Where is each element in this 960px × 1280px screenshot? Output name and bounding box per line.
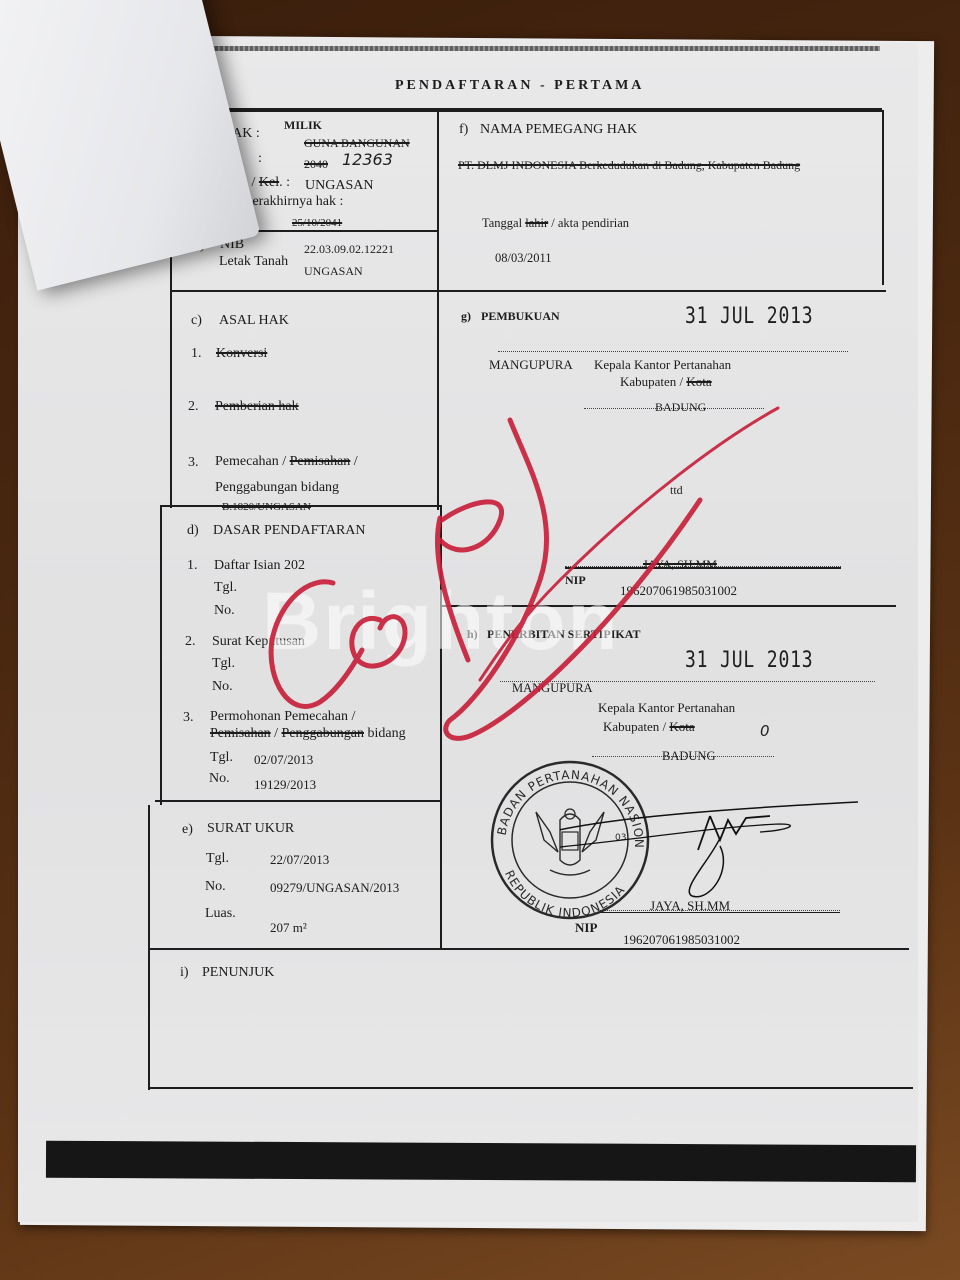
table-top-border <box>170 108 882 112</box>
section-c-title: ASAL HAK <box>219 313 289 329</box>
row-divider-d-e <box>155 800 441 802</box>
section-g-label: g) <box>461 309 471 324</box>
section-i-title: PENUNJUK <box>202 965 274 981</box>
asal-item-3-line2: Penggabungan bidang <box>215 480 339 496</box>
holder-date-value: 08/03/2011 <box>495 251 551 266</box>
dasar-item-3-num: 3. <box>183 710 194 726</box>
pembukuan-region: BADUNG <box>655 400 706 415</box>
location-value: UNGASAN <box>304 264 363 279</box>
section-h-title: PENERBITAN SERTIPIKAT <box>487 627 641 642</box>
section-e-label: e) <box>182 822 193 838</box>
dasar-item-2-num: 2. <box>185 634 196 650</box>
document-title: PENDAFTARAN - PERTAMA <box>395 78 644 94</box>
section-f-label: f) <box>459 122 468 138</box>
pembukuan-nip: 196207061985031002 <box>620 583 737 599</box>
surat-ukur-tgl-value: 22/07/2013 <box>270 852 329 868</box>
bottom-black-bar <box>46 1141 916 1183</box>
no-colon: : <box>258 151 262 167</box>
section-g-title: PEMBUKUAN <box>481 309 560 324</box>
pembukuan-ttd: ttd <box>670 483 683 498</box>
dasar-item-2-no-label: No. <box>212 679 233 695</box>
dasar-item-3-tgl-value: 02/07/2013 <box>254 752 313 768</box>
penerbitan-stamp-date: 31 JUL 2013 <box>685 648 813 673</box>
row-divider-b-c <box>171 290 886 292</box>
dasar-item-3-no-label: No. <box>209 771 230 787</box>
table-bottom-border <box>148 1087 913 1089</box>
hak-value: MILIK <box>284 118 322 133</box>
penerbitan-place: MANGUPURA <box>512 681 593 696</box>
penerbitan-nip: 196207061985031002 <box>623 932 740 948</box>
asal-item-1-text: Konversi <box>216 346 267 362</box>
asal-item-3-num: 3. <box>188 455 199 471</box>
column-divider-lower <box>440 505 442 950</box>
asal-item-3-text: Pemecahan / Pemisahan / <box>215 454 358 470</box>
dasar-item-1-tgl-label: Tgl. <box>214 580 237 596</box>
desa-value: UNGASAN <box>305 178 373 194</box>
expiry-struck-value: 25/10/2041 <box>292 217 342 229</box>
section-e-title: SURAT UKUR <box>207 821 294 837</box>
section-d-title: DASAR PENDAFTARAN <box>213 523 366 539</box>
pembukuan-place: MANGUPURA <box>489 357 573 373</box>
margin-handwritten-mark: 0 <box>760 722 770 740</box>
dasar-item-2-title: Surat Keputusan <box>212 634 305 650</box>
asal-item-2-num: 2. <box>188 399 199 415</box>
column-divider <box>437 110 439 510</box>
dasar-item-3-title: Permohonan Pemecahan / <box>210 709 355 725</box>
pembukuan-office-line1: Kepala Kantor Pertanahan <box>594 357 731 373</box>
pembukuan-office-line2: Kabupaten / Kota <box>620 374 712 390</box>
dasar-item-2-tgl-label: Tgl. <box>212 656 235 672</box>
row-divider-g-h <box>441 605 896 607</box>
no-struck-value: 2040 <box>304 157 328 172</box>
section-c-label: c) <box>191 313 202 329</box>
surat-ukur-tgl-label: Tgl. <box>206 851 229 867</box>
nib-value: 22.03.09.02.12221 <box>304 242 394 257</box>
dasar-item-1-title: Daftar Isian 202 <box>214 558 305 574</box>
asal-item-2-text: Pemberian hak <box>215 399 299 415</box>
asal-item-1-num: 1. <box>191 346 202 362</box>
luas-value: 207 m² <box>270 920 307 936</box>
hak-struck-value: GUNA BANGUNAN <box>304 136 410 151</box>
dotted-line <box>498 351 848 352</box>
pembukuan-nip-label: NIP <box>565 573 586 588</box>
penerbitan-nip-label: NIP <box>575 920 597 936</box>
pembukuan-official-name: JAYA, SH.MM <box>643 557 717 572</box>
section-h-label: h) <box>467 627 478 642</box>
dasar-item-1-num: 1. <box>187 558 198 574</box>
holder-struck-name: PT. DLMJ INDONESIA Berkedudukan di Badun… <box>458 158 882 173</box>
location-label: Letak Tanah <box>219 254 288 270</box>
pembukuan-stamp-date: 31 JUL 2013 <box>685 304 813 329</box>
table-left-border-lower <box>160 505 162 805</box>
no-handwritten-value: 12363 <box>342 150 393 169</box>
surat-ukur-no-value: 09279/UNGASAN/2013 <box>270 880 399 896</box>
row-divider-e-i <box>149 948 909 950</box>
penerbitan-office-line2: Kabupaten / Kota <box>603 719 695 735</box>
table-right-border <box>882 110 884 285</box>
section-d-label: d) <box>187 523 199 539</box>
official-signature <box>560 790 880 910</box>
dasar-item-3-title2: Pemisahan / Penggabungan bidang <box>210 726 406 742</box>
dasar-item-3-no-value: 19129/2013 <box>254 777 316 793</box>
dasar-item-1-no-label: No. <box>214 603 235 619</box>
holder-date-label: Tanggal lahir / akta pendirian <box>482 216 629 231</box>
section-f-title: NAMA PEMEGANG HAK <box>480 122 637 138</box>
penerbitan-region: BADUNG <box>662 749 715 764</box>
luas-label: Luas. <box>205 906 236 922</box>
header-print-strip <box>180 46 880 51</box>
dasar-item-3-tgl-label: Tgl. <box>210 750 233 766</box>
penerbitan-office-line1: Kepala Kantor Pertanahan <box>598 700 735 716</box>
surat-ukur-no-label: No. <box>205 879 226 895</box>
asal-item-3-ref: B.1820/UNGASAN <box>222 501 311 513</box>
section-i-label: i) <box>180 965 189 981</box>
